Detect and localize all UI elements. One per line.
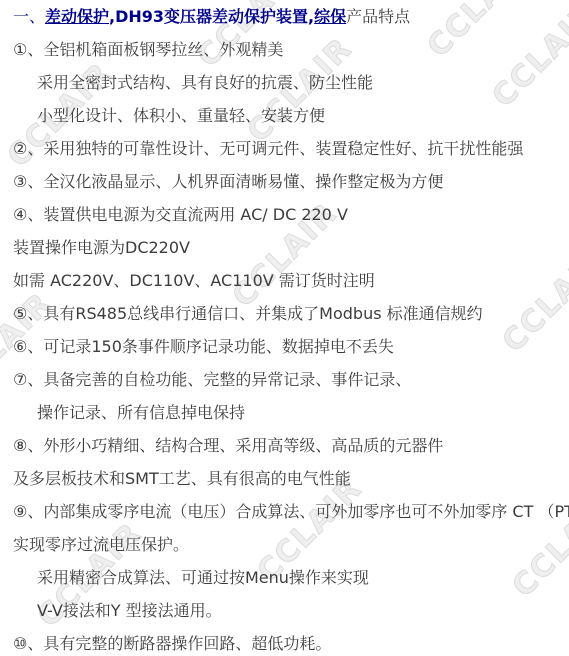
text-line: 小型化设计、体积小、重量轻、安装方便 — [13, 99, 569, 132]
text-line: V-V接法和Y 型接法通用。 — [13, 594, 569, 627]
page-title: 一、差动保护,DH93变压器差动保护装置,综保产品特点 — [13, 0, 569, 33]
text-line: 如需 AC220V、DC110V、AC110V 需订货时注明 — [13, 264, 569, 297]
text-line: 采用精密合成算法、可通过按Menu操作来实现 — [13, 561, 569, 594]
text-line: ⑤、具有RS485总线串行通信口、并集成了Modbus 标准通信规约 — [13, 297, 569, 330]
text-line: 及多层板技术和SMT工艺、具有很高的电气性能 — [13, 462, 569, 495]
text-line: ⑩、具有完整的断路器操作回路、超低功耗。 — [13, 627, 569, 656]
text-line: ⑦、具备完善的自检功能、完整的异常记录、事件记录、 — [13, 363, 569, 396]
text-line: ①、全铝机箱面板钢琴拉丝、外观精美 — [13, 33, 569, 66]
text-line: 实现零序过流电压保护。 — [13, 528, 569, 561]
text-line: ⑨、内部集成零序电流（电压）合成算法、可外加零序也可不外加零序 CT （PT）、 — [13, 495, 569, 528]
title-link-differential-protection[interactable]: 差动保护 — [45, 7, 109, 26]
title-device-name: ,DH93变压器差动保护装置, — [109, 7, 314, 26]
page: CCLAIRCCLAIRCCLAIRCCLAIRCCLAIRCCLAIRCCLA… — [0, 0, 569, 656]
text-line: ⑥、可记录150条事件顺序记录功能、数据掉电不丢失 — [13, 330, 569, 363]
text-line: ④、装置供电电源为交直流两用 AC/ DC 220 V — [13, 198, 569, 231]
text-line: 装置操作电源为DC220V — [13, 231, 569, 264]
title-suffix: 产品特点 — [346, 7, 410, 26]
feature-list: ①、全铝机箱面板钢琴拉丝、外观精美采用全密封式结构、具有良好的抗震、防尘性能小型… — [13, 33, 569, 656]
title-prefix: 一、 — [13, 7, 45, 26]
text-line: ③、全汉化液晶显示、人机界面清晰易懂、操作整定极为方便 — [13, 165, 569, 198]
title-link-zongbao[interactable]: 综保 — [314, 7, 346, 26]
text-line: ②、采用独特的可靠性设计、无可调元件、装置稳定性好、抗干扰性能强 — [13, 132, 569, 165]
text-line: 操作记录、所有信息掉电保持 — [13, 396, 569, 429]
text-line: ⑧、外形小巧精细、结构合理、采用高等级、高品质的元器件 — [13, 429, 569, 462]
document-body: 一、差动保护,DH93变压器差动保护装置,综保产品特点 ①、全铝机箱面板钢琴拉丝… — [0, 0, 569, 656]
text-line: 采用全密封式结构、具有良好的抗震、防尘性能 — [13, 66, 569, 99]
